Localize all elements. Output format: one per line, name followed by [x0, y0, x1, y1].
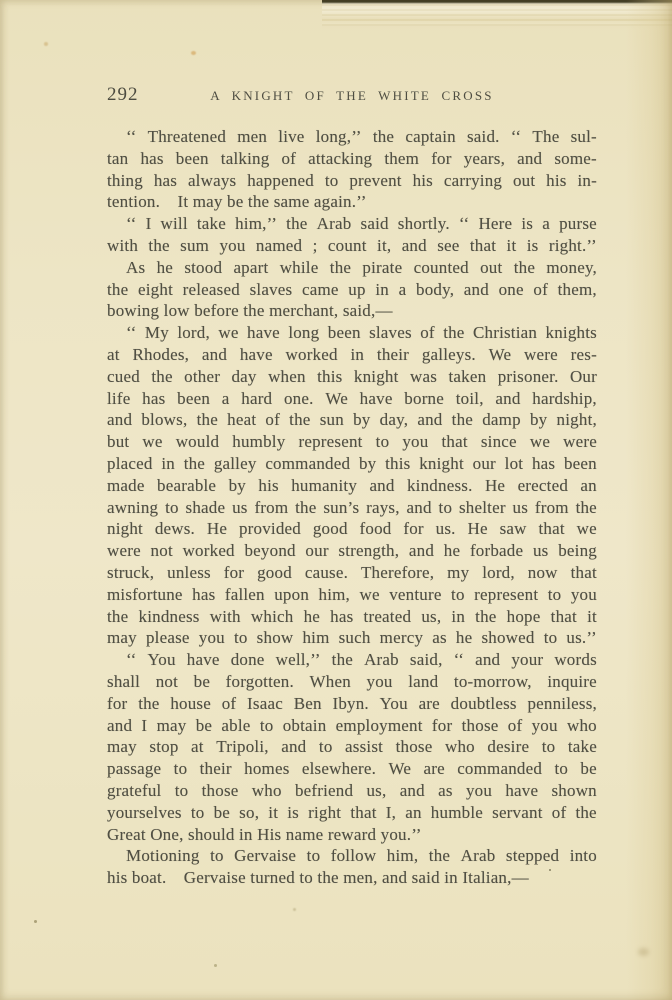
paper-speck — [44, 42, 48, 46]
text-line: yourselvestobeso,itisrightthatI,anhumble… — [107, 802, 597, 824]
text-line: bowing low before the merchant, said,— — [107, 300, 597, 322]
text-line: his boat. Gervaise turned to the men, an… — [107, 867, 597, 889]
text-line: werenotworkedbeyondourstrength,andheforb… — [107, 540, 597, 562]
text-line: andImaybeabletoobtainemploymentforthoseo… — [107, 715, 597, 737]
paper-speck — [191, 51, 196, 55]
text-line: thinghasalwayshappenedtopreventhiscarryi… — [107, 170, 597, 192]
book-page: 292 A KNIGHT OF THE WHITE CROSS ‘‘Threat… — [0, 0, 672, 1000]
text-line: cuedtheotherdaywhenthisknightwastakenpri… — [107, 366, 597, 388]
text-line: nightdews.Heprovidedgoodfoodforus.Hesawt… — [107, 518, 597, 540]
text-line: thekindnesswithwhichhehastreatedus,inthe… — [107, 606, 597, 628]
text-line: maystopatTripoli,andtoassistthosewhodesi… — [107, 736, 597, 758]
text-line: forthehouseofIsaacBenIbyn.Youaredoubtles… — [107, 693, 597, 715]
text-line: MotioningtoGervaisetofollowhim,theArabst… — [107, 845, 597, 867]
text-line: withthesumyounamed;countit,andseethatiti… — [107, 235, 597, 257]
body-text: ‘‘Threatenedmenlivelong,’’thecaptainsaid… — [107, 126, 597, 889]
paper-speck — [34, 920, 37, 923]
text-line: passagetotheirhomeselsewhere.Wearecomman… — [107, 758, 597, 780]
page-header: 292 A KNIGHT OF THE WHITE CROSS — [107, 84, 597, 106]
text-line: awningtoshadeusfromthesun’srays,andtoshe… — [107, 497, 597, 519]
paper-speck — [638, 948, 649, 956]
text-line: placedinthegalleycommandedbythisknightou… — [107, 453, 597, 475]
text-line: maypleaseyoutoshowhimsuchmercyasheshowed… — [107, 627, 597, 649]
text-line: tanhasbeentalkingofattackingthemforyears… — [107, 148, 597, 170]
text-line: Ashestoodapartwhilethepiratecountedoutth… — [107, 257, 597, 279]
text-line: gratefultothosewhobefriendus,andasyouhav… — [107, 780, 597, 802]
text-line: atRhodes,andhaveworkedintheirgalleys.Wew… — [107, 344, 597, 366]
text-line: misfortunehasfallenuponhim,weventuretore… — [107, 584, 597, 606]
text-line: ‘‘Threatenedmenlivelong,’’thecaptainsaid… — [107, 126, 597, 148]
text-line: theeightreleasedslavescameupinabody,ando… — [107, 279, 597, 301]
text-line: tention. It may be the same again.’’ — [107, 191, 597, 213]
stacked-pages-texture — [322, 4, 672, 26]
text-line: lifehasbeenahardone.Wehavebornetoil,andh… — [107, 388, 597, 410]
text-line: Great One, should in His name reward you… — [107, 824, 597, 846]
text-line: andblows,theheatofthesunbyday,andthedamp… — [107, 409, 597, 431]
text-line: ‘‘Youhavedonewell,’’theArabsaid,‘‘andyou… — [107, 649, 597, 671]
text-line: ‘‘Iwilltakehim,’’theArabsaidshortly.‘‘He… — [107, 213, 597, 235]
text-line: madebearablebyhishumanityandkindness.Hee… — [107, 475, 597, 497]
page-right-edge-shading — [626, 0, 672, 1000]
text-line: butwewouldhumblyrepresenttoyouthatsincew… — [107, 431, 597, 453]
text-line: ‘‘Mylord,wehavelongbeenslavesoftheChrist… — [107, 322, 597, 344]
book-top-edge — [322, 0, 672, 30]
page-number: 292 — [107, 84, 139, 106]
running-title: A KNIGHT OF THE WHITE CROSS — [107, 84, 597, 104]
text-line: struck,unlessforgoodcause.Therefore,mylo… — [107, 562, 597, 584]
paper-speck — [293, 908, 296, 911]
text-line: shallnotbeforgotten.Whenyoulandto-morrow… — [107, 671, 597, 693]
paper-speck — [214, 964, 217, 967]
